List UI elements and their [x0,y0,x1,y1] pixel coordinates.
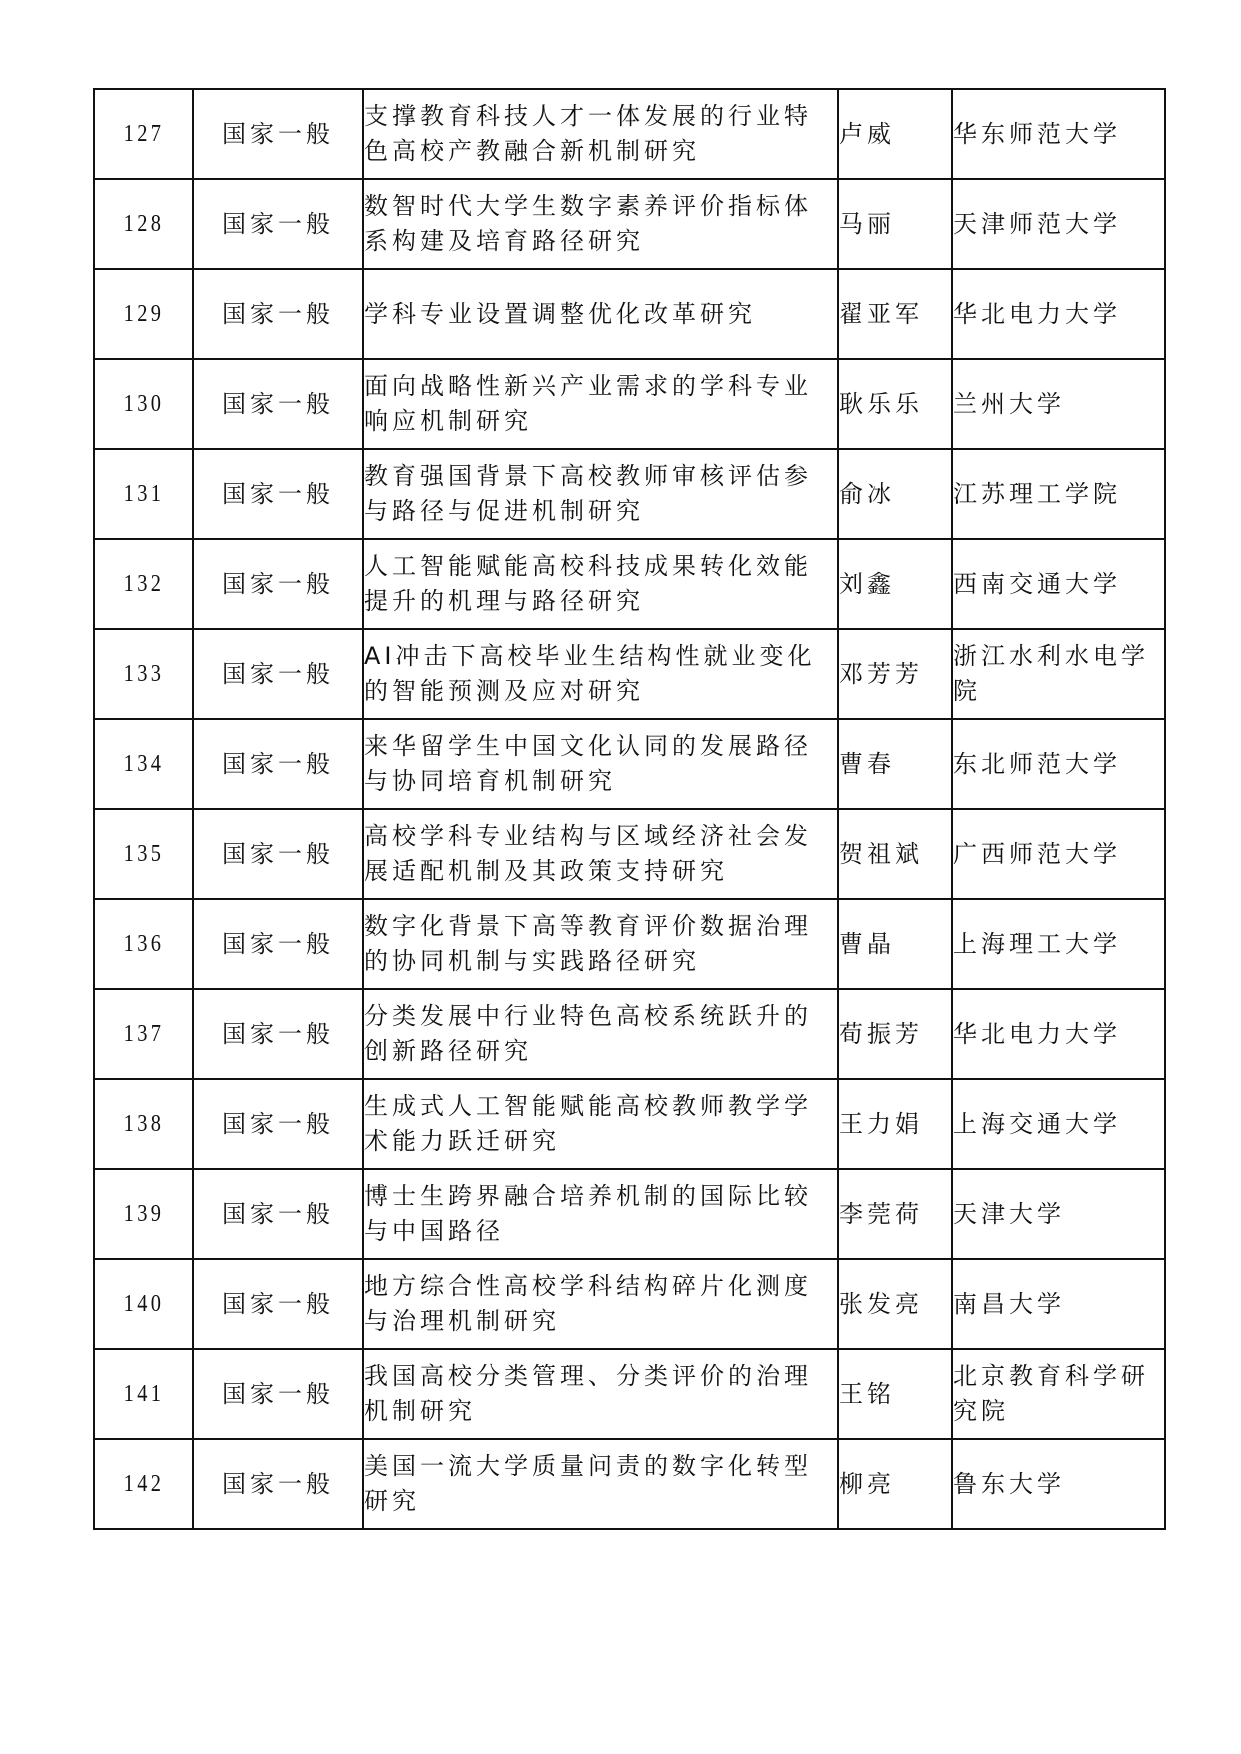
category-cell: 国家一般 [193,449,363,539]
row-number-cell: 139 [94,1169,193,1259]
table-row: 131 国家一般 教育强国背景下高校教师审核评估参与路径与促进机制研究 俞冰 江… [94,449,1165,539]
table-row: 134 国家一般 来华留学生中国文化认同的发展路径与协同培育机制研究 曹春 东北… [94,719,1165,809]
institution-cell: 华北电力大学 [952,989,1165,1079]
category-cell: 国家一般 [193,1169,363,1259]
institution-cell: 浙江水利水电学院 [952,629,1165,719]
leader-cell: 翟亚军 [838,269,952,359]
table-row: 137 国家一般 分类发展中行业特色高校系统跃升的创新路径研究 荀振芳 华北电力… [94,989,1165,1079]
institution-cell: 北京教育科学研究院 [952,1349,1165,1439]
table-row: 141 国家一般 我国高校分类管理、分类评价的治理机制研究 王铭 北京教育科学研… [94,1349,1165,1439]
table-row: 128 国家一般 数智时代大学生数字素养评价指标体系构建及培育路径研究 马丽 天… [94,179,1165,269]
category-cell: 国家一般 [193,1259,363,1349]
project-title-cell: 分类发展中行业特色高校系统跃升的创新路径研究 [363,989,838,1079]
table-row: 139 国家一般 博士生跨界融合培养机制的国际比较与中国路径 李莞荷 天津大学 [94,1169,1165,1259]
project-list-table: 127 国家一般 支撑教育科技人才一体发展的行业特色高校产教融合新机制研究 卢威… [93,88,1166,1530]
institution-cell: 华北电力大学 [952,269,1165,359]
table-row: 132 国家一般 人工智能赋能高校科技成果转化效能提升的机理与路径研究 刘鑫 西… [94,539,1165,629]
table-row: 127 国家一般 支撑教育科技人才一体发展的行业特色高校产教融合新机制研究 卢威… [94,89,1165,179]
leader-cell: 李莞荷 [838,1169,952,1259]
row-number-cell: 130 [94,359,193,449]
category-cell: 国家一般 [193,359,363,449]
table-row: 133 国家一般 AI冲击下高校毕业生结构性就业变化的智能预测及应对研究 邓芳芳… [94,629,1165,719]
table-row: 140 国家一般 地方综合性高校学科结构碎片化测度与治理机制研究 张发亮 南昌大… [94,1259,1165,1349]
institution-cell: 南昌大学 [952,1259,1165,1349]
row-number-cell: 142 [94,1439,193,1529]
table-row: 136 国家一般 数字化背景下高等教育评价数据治理的协同机制与实践路径研究 曹晶… [94,899,1165,989]
row-number-cell: 135 [94,809,193,899]
institution-cell: 西南交通大学 [952,539,1165,629]
leader-cell: 王力娟 [838,1079,952,1169]
table-row: 138 国家一般 生成式人工智能赋能高校教师教学学术能力跃迁研究 王力娟 上海交… [94,1079,1165,1169]
project-title-cell: 来华留学生中国文化认同的发展路径与协同培育机制研究 [363,719,838,809]
project-title-cell: 我国高校分类管理、分类评价的治理机制研究 [363,1349,838,1439]
table-row: 135 国家一般 高校学科专业结构与区域经济社会发展适配机制及其政策支持研究 贺… [94,809,1165,899]
institution-cell: 东北师范大学 [952,719,1165,809]
leader-cell: 张发亮 [838,1259,952,1349]
row-number-cell: 132 [94,539,193,629]
leader-cell: 曹春 [838,719,952,809]
project-title-cell: AI冲击下高校毕业生结构性就业变化的智能预测及应对研究 [363,629,838,719]
category-cell: 国家一般 [193,269,363,359]
leader-cell: 卢威 [838,89,952,179]
category-cell: 国家一般 [193,809,363,899]
project-title-cell: 地方综合性高校学科结构碎片化测度与治理机制研究 [363,1259,838,1349]
institution-cell: 广西师范大学 [952,809,1165,899]
row-number-cell: 137 [94,989,193,1079]
project-title-cell: 数智时代大学生数字素养评价指标体系构建及培育路径研究 [363,179,838,269]
row-number-cell: 128 [94,179,193,269]
leader-cell: 马丽 [838,179,952,269]
project-title-cell: 教育强国背景下高校教师审核评估参与路径与促进机制研究 [363,449,838,539]
institution-cell: 江苏理工学院 [952,449,1165,539]
category-cell: 国家一般 [193,989,363,1079]
row-number-cell: 134 [94,719,193,809]
leader-cell: 柳亮 [838,1439,952,1529]
table-row: 130 国家一般 面向战略性新兴产业需求的学科专业响应机制研究 耿乐乐 兰州大学 [94,359,1165,449]
category-cell: 国家一般 [193,539,363,629]
project-title-cell: 面向战略性新兴产业需求的学科专业响应机制研究 [363,359,838,449]
leader-cell: 耿乐乐 [838,359,952,449]
row-number-cell: 129 [94,269,193,359]
table-row: 129 国家一般 学科专业设置调整优化改革研究 翟亚军 华北电力大学 [94,269,1165,359]
row-number-cell: 133 [94,629,193,719]
row-number-cell: 136 [94,899,193,989]
institution-cell: 上海理工大学 [952,899,1165,989]
row-number-cell: 127 [94,89,193,179]
leader-cell: 王铭 [838,1349,952,1439]
category-cell: 国家一般 [193,179,363,269]
project-title-cell: 数字化背景下高等教育评价数据治理的协同机制与实践路径研究 [363,899,838,989]
project-title-cell: 学科专业设置调整优化改革研究 [363,269,838,359]
institution-cell: 上海交通大学 [952,1079,1165,1169]
institution-cell: 兰州大学 [952,359,1165,449]
row-number-cell: 140 [94,1259,193,1349]
row-number-cell: 141 [94,1349,193,1439]
project-title-cell: 支撑教育科技人才一体发展的行业特色高校产教融合新机制研究 [363,89,838,179]
institution-cell: 天津大学 [952,1169,1165,1259]
institution-cell: 天津师范大学 [952,179,1165,269]
document-page: 127 国家一般 支撑教育科技人才一体发展的行业特色高校产教融合新机制研究 卢威… [0,0,1241,1754]
leader-cell: 邓芳芳 [838,629,952,719]
category-cell: 国家一般 [193,1079,363,1169]
project-title-cell: 美国一流大学质量问责的数字化转型研究 [363,1439,838,1529]
category-cell: 国家一般 [193,719,363,809]
institution-cell: 华东师范大学 [952,89,1165,179]
leader-cell: 刘鑫 [838,539,952,629]
leader-cell: 曹晶 [838,899,952,989]
leader-cell: 俞冰 [838,449,952,539]
category-cell: 国家一般 [193,629,363,719]
project-title-cell: 高校学科专业结构与区域经济社会发展适配机制及其政策支持研究 [363,809,838,899]
category-cell: 国家一般 [193,899,363,989]
project-title-cell: 博士生跨界融合培养机制的国际比较与中国路径 [363,1169,838,1259]
category-cell: 国家一般 [193,1439,363,1529]
leader-cell: 贺祖斌 [838,809,952,899]
project-title-cell: 生成式人工智能赋能高校教师教学学术能力跃迁研究 [363,1079,838,1169]
institution-cell: 鲁东大学 [952,1439,1165,1529]
category-cell: 国家一般 [193,1349,363,1439]
row-number-cell: 131 [94,449,193,539]
table-row: 142 国家一般 美国一流大学质量问责的数字化转型研究 柳亮 鲁东大学 [94,1439,1165,1529]
category-cell: 国家一般 [193,89,363,179]
leader-cell: 荀振芳 [838,989,952,1079]
project-title-cell: 人工智能赋能高校科技成果转化效能提升的机理与路径研究 [363,539,838,629]
row-number-cell: 138 [94,1079,193,1169]
